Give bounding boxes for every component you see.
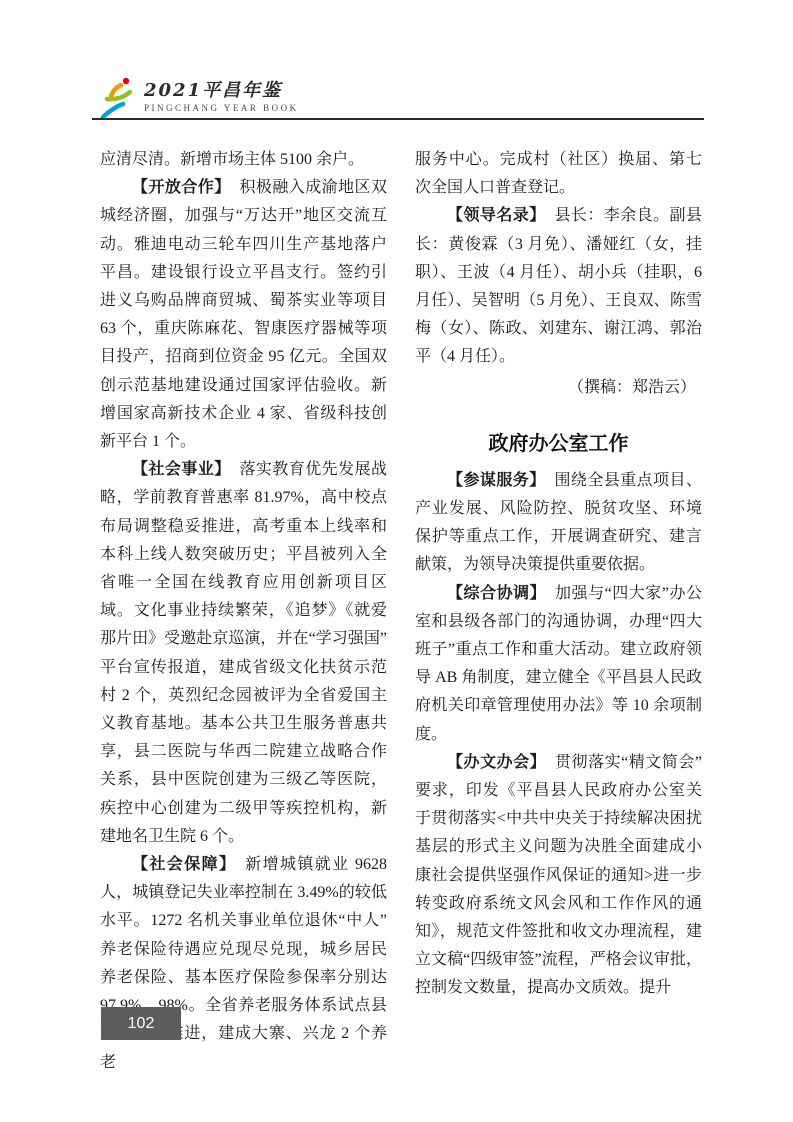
entry-title: 【办文办会】: [447, 754, 546, 771]
paragraph-documents-meetings: 【办文办会】贯彻落实“精文简会”要求，印发《平昌县人民政府办公室关于贯彻落实<中…: [415, 749, 702, 1003]
paragraph-text: 贯彻落实“精文简会”要求，印发《平昌县人民政府办公室关于贯彻落实<中共中央关于持…: [415, 754, 702, 997]
paragraph-leader-roster: 【领导名录】县长：李余良。副县长：黄俊霖（3 月免）、潘娅红（女，挂职）、王波（…: [415, 202, 702, 371]
entry-title: 【社会保障】: [132, 856, 236, 873]
yearbook-page: 2021平昌年鉴 PINGCHANG YEAR BOOK 应清尽清。新增市场主体…: [0, 0, 793, 1122]
paragraph-advisory-service: 【参谋服务】围绕全县重点项目、产业发展、风险防控、脱贫攻坚、环境保护等重点工作，…: [415, 467, 702, 580]
page-number-badge: 102: [101, 1007, 181, 1040]
entry-title: 【开放合作】: [132, 179, 231, 196]
paragraph-social-undertakings: 【社会事业】落实教育优先发展战略，学前教育普惠率 81.97%，高中校点布局调整…: [100, 456, 387, 851]
paragraph-opening-cooperation: 【开放合作】积极融入成渝地区双城经济圈，加强与“万达开”地区交流互动。雅迪电动三…: [100, 174, 387, 456]
entry-title: 【社会事业】: [132, 461, 231, 478]
paragraph-text: 落实教育优先发展战略，学前教育普惠率 81.97%，高中校点布局调整稳妥推进，高…: [100, 461, 387, 845]
paragraph-text: 加强与“四大家”办公室和县级各部门的沟通协调，办理“四大班子”重点工作和重大活动…: [415, 585, 702, 743]
logo-subtitle: PINGCHANG YEAR BOOK: [144, 104, 299, 113]
paragraph-continuation: 服务中心。完成村（社区）换届、第七次全国人口普查登记。: [415, 146, 702, 202]
header-rule: [92, 118, 704, 120]
page-header: 2021平昌年鉴 PINGCHANG YEAR BOOK: [96, 76, 299, 120]
paragraph-text: 积极融入成渝地区双城经济圈，加强与“万达开”地区交流互动。雅迪电动三轮车四川生产…: [100, 179, 387, 450]
paragraph-social-security: 【社会保障】新增城镇就业 9628 人，城镇登记失业率控制在 3.49%的较低水…: [100, 851, 387, 1077]
running-figure-icon: [96, 76, 136, 120]
page-number: 102: [128, 1015, 155, 1033]
paragraph-coordination: 【综合协调】加强与“四大家”办公室和县级各部门的沟通协调，办理“四大班子”重点工…: [415, 580, 702, 749]
paragraph-text: 服务中心。完成村（社区）换届、第七次全国人口普查登记。: [415, 151, 702, 196]
page-body: 应清尽清。新增市场主体 5100 余户。 【开放合作】积极融入成渝地区双城经济圈…: [100, 146, 702, 1077]
logo-title: 2021平昌年鉴: [144, 82, 299, 100]
left-column: 应清尽清。新增市场主体 5100 余户。 【开放合作】积极融入成渝地区双城经济圈…: [100, 146, 387, 1077]
author-byline: （撰稿：郑浩云）: [415, 374, 702, 402]
paragraph-text: 应清尽清。新增市场主体 5100 余户。: [100, 151, 364, 168]
section-title: 政府办公室工作: [415, 427, 702, 456]
paragraph-text: 县长：李余良。副县长：黄俊霖（3 月免）、潘娅红（女，挂职）、王波（4 月任）、…: [415, 207, 702, 365]
entry-title: 【综合协调】: [447, 585, 546, 602]
paragraph-continuation: 应清尽清。新增市场主体 5100 余户。: [100, 146, 387, 174]
logo-text: 2021平昌年鉴 PINGCHANG YEAR BOOK: [144, 76, 299, 113]
entry-title: 【参谋服务】: [447, 472, 546, 489]
entry-title: 【领导名录】: [447, 207, 546, 224]
right-column: 服务中心。完成村（社区）换届、第七次全国人口普查登记。 【领导名录】县长：李余良…: [415, 146, 702, 1077]
